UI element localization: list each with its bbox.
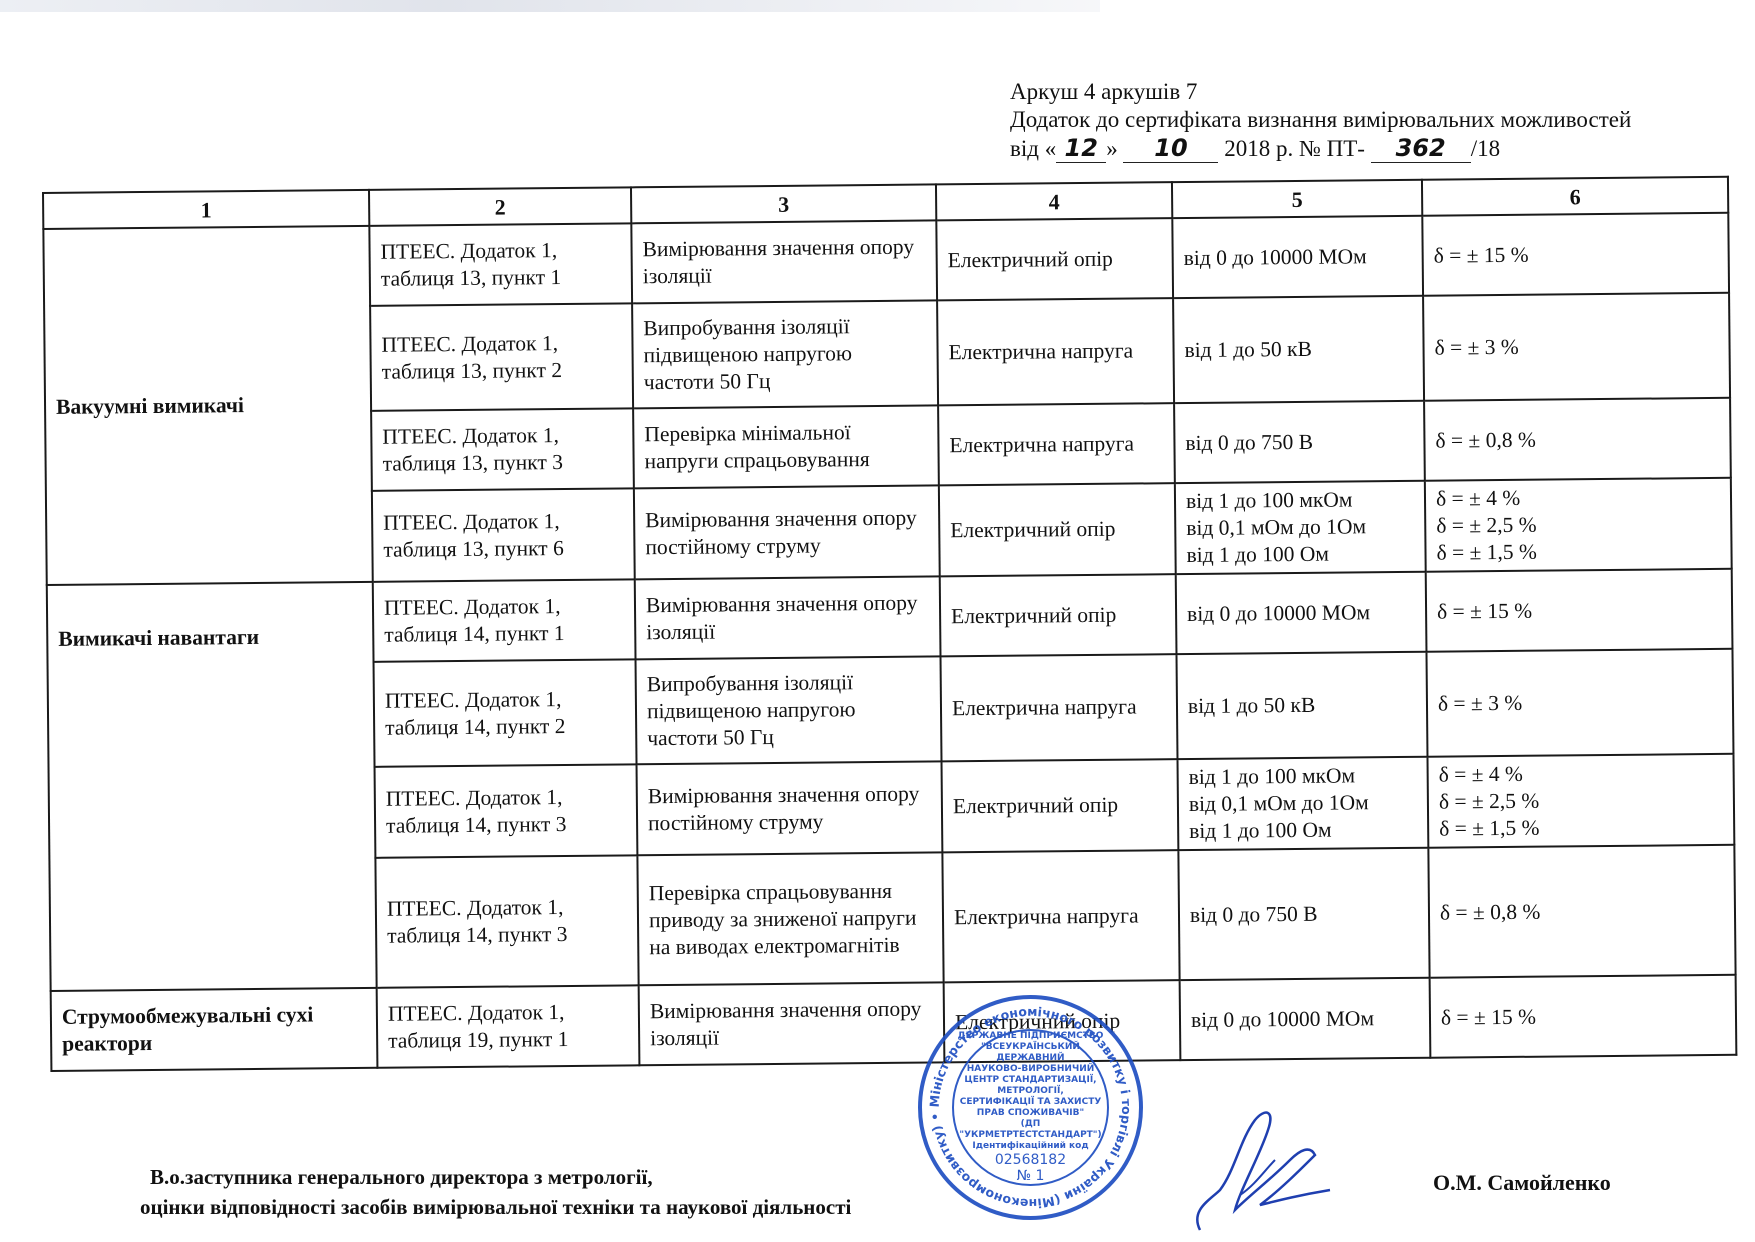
regulation-reference: ПТЕЕС. Додаток 1, таблиця 13, пункт 1 — [369, 223, 632, 306]
measurement-range: від 1 до 50 кВ — [1176, 652, 1427, 759]
regulation-reference: ПТЕЕС. Додаток 1, таблиця 14, пункт 3 — [375, 855, 638, 988]
work-type: Випробування ізоляції підвищеною напруго… — [636, 656, 942, 764]
work-type: Вимірювання значення опору постійному ст… — [634, 485, 940, 579]
accuracy-line: δ = ± 0,8 % — [1440, 896, 1724, 926]
accuracy: δ = ± 0,8 % — [1424, 398, 1731, 481]
signer-name: О.М. Самойленко — [1433, 1170, 1611, 1196]
column-header: 5 — [1172, 180, 1422, 218]
regulation-reference: ПТЕЕС. Додаток 1, таблиця 13, пункт 3 — [371, 408, 634, 491]
measurement-range-line: від 0 до 10000 МОм — [1187, 598, 1415, 627]
measured-quantity: Електрична напруга — [938, 403, 1175, 485]
accuracy-line: δ = ± 1,5 % — [1436, 537, 1720, 567]
document-title: Додаток до сертифіката визнання вимірюва… — [1010, 106, 1730, 134]
stamp-line: МЕТРОЛОГІЇ, — [997, 1086, 1063, 1097]
equipment-group: Вимикачі навантаги — [47, 582, 377, 991]
capabilities-table: 123456 Вакуумні вимикачіПТЕЕС. Додаток 1… — [42, 176, 1737, 1072]
work-type: Перевірка мінімальної напруги спрацьовув… — [633, 405, 939, 488]
accuracy-line: δ = ± 3 % — [1438, 688, 1722, 718]
measurement-range: від 0 до 750 В — [1174, 401, 1425, 483]
accuracy: δ = ± 0,8 % — [1428, 845, 1735, 978]
work-type: Випробування ізоляції підвищеною напруго… — [632, 300, 938, 408]
measurement-range: від 0 до 10000 МОм — [1172, 216, 1423, 298]
stamp-line: ПРАВ СПОЖИВАЧІВ" — [977, 1108, 1084, 1119]
accuracy-line: δ = ± 15 % — [1437, 595, 1721, 625]
measured-quantity: Електричний опір — [939, 483, 1176, 576]
accuracy-line: δ = ± 15 % — [1441, 1001, 1725, 1031]
regulation-reference: ПТЕЕС. Додаток 1, таблиця 14, пункт 2 — [374, 659, 637, 767]
measurement-range-line: від 1 до 50 кВ — [1184, 335, 1412, 364]
stamp-line: ЦЕНТР СТАНДАРТИЗАЦІЇ, — [964, 1075, 1096, 1086]
accuracy-line: δ = ± 2,5 % — [1436, 510, 1720, 540]
measurement-range: від 0 до 10000 МОм — [1176, 572, 1427, 654]
measurement-range-line: від 1 до 100 мкОм — [1186, 486, 1414, 515]
measured-quantity: Електрична напруга — [937, 298, 1174, 405]
accuracy-line: δ = ± 2,5 % — [1439, 786, 1723, 816]
document-header: Аркуш 4 аркушів 7 Додаток до сертифіката… — [1010, 78, 1730, 163]
column-header: 4 — [936, 182, 1172, 220]
accuracy: δ = ± 4 %δ = ± 2,5 %δ = ± 1,5 % — [1427, 754, 1734, 848]
work-type: Вимірювання значення опору ізоляції — [635, 576, 941, 659]
day-handwritten: 12 — [1056, 134, 1106, 163]
measurement-range: від 1 до 50 кВ — [1173, 296, 1424, 403]
measurement-range-line: від 0 до 750 В — [1185, 427, 1413, 456]
measurement-range: від 1 до 100 мкОмвід 0,1 мОм до 1Омвід 1… — [1177, 757, 1428, 850]
stamp-line: Ідентифікаційний код — [972, 1141, 1088, 1152]
measurement-range-line: від 1 до 100 Ом — [1186, 540, 1414, 569]
stamp-line: "ВСЕУКРАЇНСЬКИЙ ДЕРЖАВНИЙ — [954, 1042, 1107, 1064]
stamp-line: (ДП "УКРМЕТРТЕСТСТАНДАРТ") — [954, 1119, 1107, 1141]
regulation-reference: ПТЕЕС. Додаток 1, таблиця 13, пункт 2 — [370, 303, 633, 411]
measurement-range-line: від 0 до 10000 МОм — [1191, 1004, 1419, 1033]
equipment-group: Струмообмежувальні сухі реактори — [51, 988, 378, 1071]
certificate-date-line: від «12» 10 2018 р. № ПТ- 362/18 — [1010, 134, 1730, 163]
measured-quantity: Електрична напруга — [940, 654, 1177, 761]
work-type: Вимірювання значення опору ізоляції — [631, 220, 937, 303]
accuracy-line: δ = ± 3 % — [1434, 332, 1718, 362]
month-handwritten: 10 — [1123, 134, 1218, 163]
accuracy-line: δ = ± 15 % — [1434, 239, 1718, 269]
accuracy-line: δ = ± 4 % — [1439, 759, 1723, 789]
cert-number-handwritten: 362 — [1371, 134, 1471, 163]
measurement-range-line: від 0 до 750 В — [1190, 899, 1418, 928]
signature — [1180, 1100, 1340, 1240]
accuracy: δ = ± 4 %δ = ± 2,5 %δ = ± 1,5 % — [1425, 478, 1732, 572]
regulation-reference: ПТЕЕС. Додаток 1, таблиця 14, пункт 1 — [373, 579, 636, 662]
work-type: Вимірювання значення опору ізоляції — [639, 982, 945, 1065]
table-body: Вакуумні вимикачіПТЕЕС. Додаток 1, табли… — [43, 213, 1736, 1071]
measurement-range: від 0 до 750 В — [1178, 848, 1429, 980]
sheet-number: Аркуш 4 аркушів 7 — [1010, 78, 1730, 106]
accuracy: δ = ± 15 % — [1422, 213, 1729, 296]
accuracy: δ = ± 15 % — [1426, 569, 1733, 652]
column-header: 2 — [369, 187, 631, 226]
work-type: Перевірка спрацьовування приводу за зниж… — [637, 852, 943, 985]
measurement-range-line: від 0 до 10000 МОм — [1184, 242, 1412, 271]
equipment-group: Вакуумні вимикачі — [43, 226, 372, 585]
measured-quantity: Електрична напруга — [942, 850, 1179, 982]
measurement-range-line: від 1 до 100 Ом — [1189, 816, 1417, 845]
column-header: 6 — [1422, 177, 1728, 216]
signatory-position: В.о.заступника генерального директора з … — [150, 1162, 1050, 1222]
accuracy: δ = ± 15 % — [1430, 975, 1737, 1058]
measured-quantity: Електричний опір — [936, 218, 1173, 300]
accuracy-line: δ = ± 0,8 % — [1435, 424, 1719, 454]
measurement-range: від 0 до 10000 МОм — [1180, 978, 1431, 1060]
measurement-range-line: від 0,1 мОм до 1Ом — [1189, 789, 1417, 818]
regulation-reference: ПТЕЕС. Додаток 1, таблиця 14, пункт 3 — [375, 764, 638, 858]
measurement-range-line: від 0,1 мОм до 1Ом — [1186, 513, 1414, 542]
regulation-reference: ПТЕЕС. Додаток 1, таблиця 19, пункт 1 — [377, 985, 640, 1068]
measurement-range: від 1 до 100 мкОмвід 0,1 мОм до 1Омвід 1… — [1175, 481, 1426, 574]
accuracy-line: δ = ± 1,5 % — [1439, 813, 1723, 843]
measured-quantity: Електричний опір — [940, 574, 1177, 656]
table-row: Струмообмежувальні сухі реакториПТЕЕС. Д… — [51, 975, 1737, 1071]
accuracy: δ = ± 3 % — [1426, 649, 1733, 757]
accuracy-line: δ = ± 4 % — [1436, 483, 1720, 513]
work-type: Вимірювання значення опору постійному ст… — [637, 761, 943, 855]
measured-quantity: Електричний опір — [942, 759, 1179, 852]
column-header: 1 — [43, 190, 369, 229]
stamp-line: НАУКОВО-ВИРОБНИЧИЙ — [967, 1064, 1095, 1075]
accuracy: δ = ± 3 % — [1423, 293, 1730, 401]
stamp-line: СЕРТИФІКАЦІЇ ТА ЗАХИСТУ — [960, 1097, 1102, 1108]
scan-edge — [0, 0, 1100, 12]
column-header: 3 — [631, 184, 936, 223]
measurement-range-line: від 1 до 100 мкОм — [1189, 762, 1417, 791]
regulation-reference: ПТЕЕС. Додаток 1, таблиця 13, пункт 6 — [372, 488, 635, 582]
stamp-line: ДЕРЖАВНЕ ПІДПРИЄМСТВО — [958, 1031, 1104, 1042]
measurement-range-line: від 1 до 50 кВ — [1188, 691, 1416, 720]
